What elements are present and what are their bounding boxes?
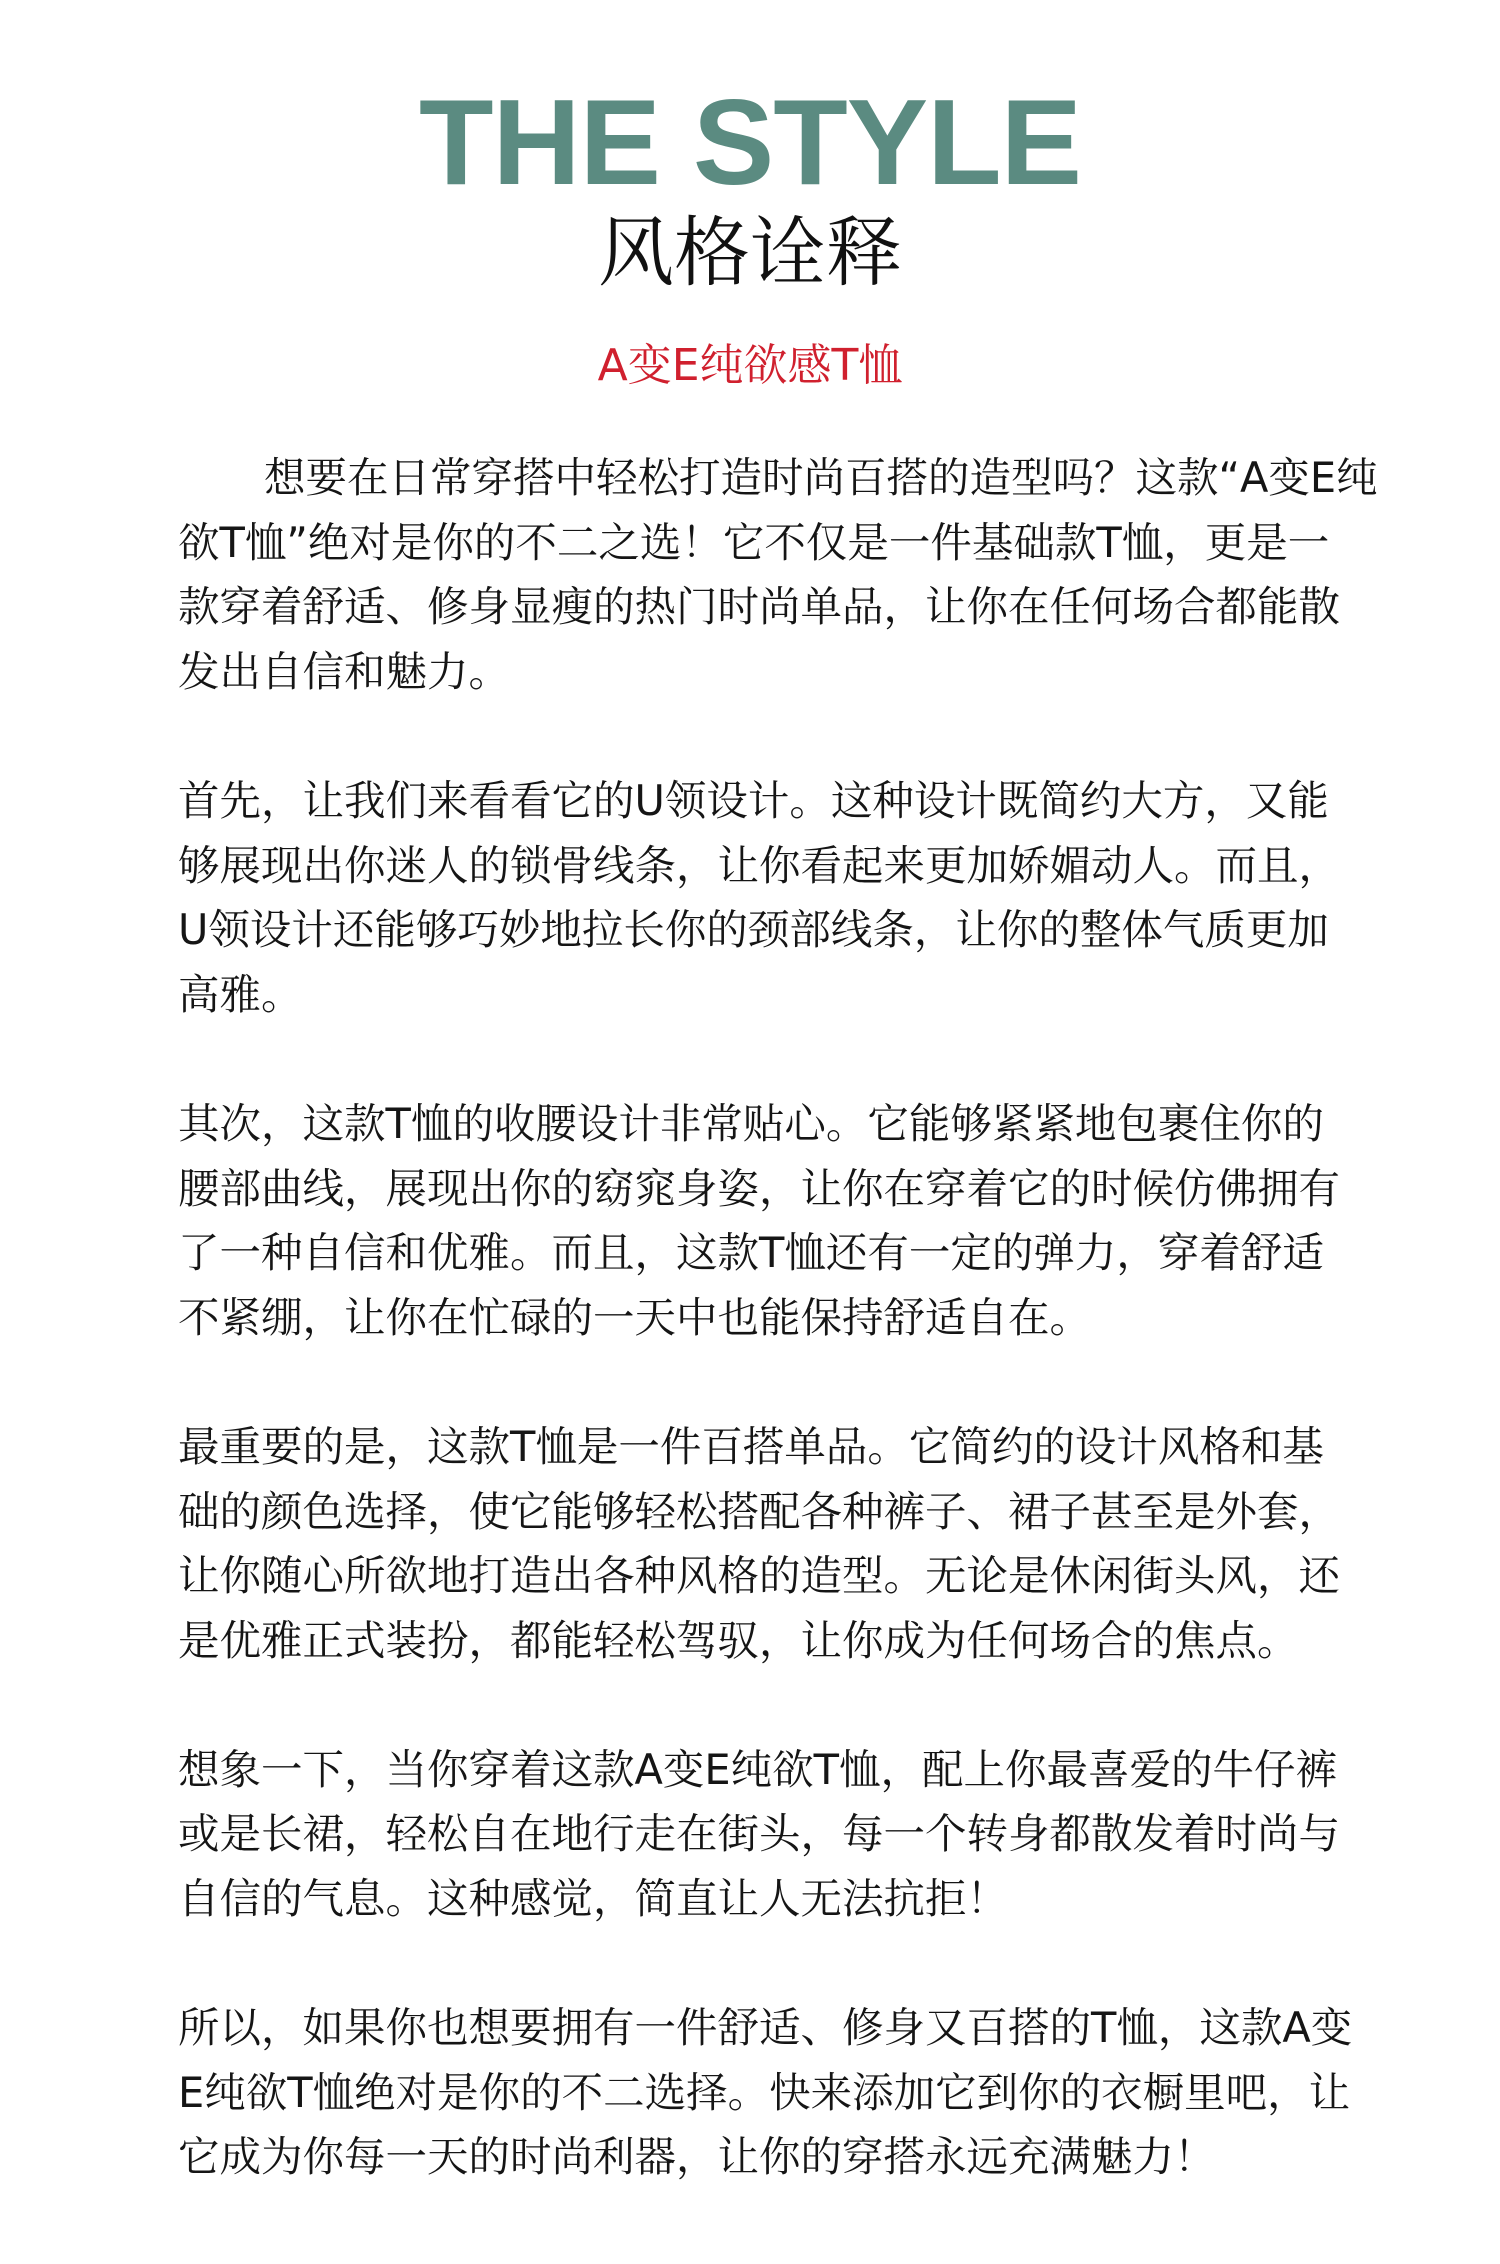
text-line: 了一种自信和优雅。而且，这款T恤还有一定的弹力，穿着舒适 (178, 1221, 1438, 1286)
paragraph-imagine: 想象一下，当你穿着这款A变E纯欲T恤，配上你最喜爱的牛仔裤 或是长裙，轻松自在地… (178, 1738, 1438, 1932)
text-line: 是优雅正式装扮，都能轻松驾驭，让你成为任何场合的焦点。 (178, 1609, 1438, 1674)
paragraph-waist: 其次，这款T恤的收腰设计非常贴心。它能够紧紧地包裹住你的 腰部曲线，展现出你的窈… (178, 1092, 1438, 1350)
text-line: 想象一下，当你穿着这款A变E纯欲T恤，配上你最喜爱的牛仔裤 (178, 1738, 1438, 1803)
text-line: 所以，如果你也想要拥有一件舒适、修身又百搭的T恤，这款A变 (178, 1996, 1438, 2061)
text-line: 发出自信和魅力。 (178, 640, 1438, 705)
title-english: THE STYLE (0, 78, 1500, 206)
text-line: 础的颜色选择，使它能够轻松搭配各种裤子、裙子甚至是外套， (178, 1480, 1438, 1545)
text-line: E纯欲T恤绝对是你的不二选择。快来添加它到你的衣橱里吧，让 (178, 2061, 1438, 2126)
text-line: 其次，这款T恤的收腰设计非常贴心。它能够紧紧地包裹住你的 (178, 1092, 1438, 1157)
text-line: 想要在日常穿搭中轻松打造时尚百搭的造型吗？这款“A变E纯 (178, 446, 1438, 511)
text-line: 它成为你每一天的时尚利器，让你的穿搭永远充满魅力！ (178, 2125, 1438, 2190)
text-line: 够展现出你迷人的锁骨线条，让你看起来更加娇媚动人。而且， (178, 834, 1438, 899)
paragraph-conclusion: 所以，如果你也想要拥有一件舒适、修身又百搭的T恤，这款A变 E纯欲T恤绝对是你的… (178, 1996, 1438, 2190)
text-line: 自信的气息。这种感觉，简直让人无法抗拒！ (178, 1867, 1438, 1932)
product-subtitle: A变E纯欲感T恤 (0, 338, 1500, 394)
text-line: 不紧绷，让你在忙碌的一天中也能保持舒适自在。 (178, 1286, 1438, 1351)
paragraph-u-neck: 首先，让我们来看看它的U领设计。这种设计既简约大方，又能 够展现出你迷人的锁骨线… (178, 769, 1438, 1027)
text-line: 腰部曲线，展现出你的窈窕身姿，让你在穿着它的时候仿佛拥有 (178, 1157, 1438, 1222)
text-line: 首先，让我们来看看它的U领设计。这种设计既简约大方，又能 (178, 769, 1438, 834)
title-chinese: 风格诠释 (0, 205, 1500, 301)
text-line: 让你随心所欲地打造出各种风格的造型。无论是休闲街头风，还 (178, 1544, 1438, 1609)
text-line: 款穿着舒适、修身显瘦的热门时尚单品，让你在任何场合都能散 (178, 575, 1438, 640)
text-line: U领设计还能够巧妙地拉长你的颈部线条，让你的整体气质更加 (178, 898, 1438, 963)
text-line: 高雅。 (178, 963, 1438, 1028)
text-line: 或是长裙，轻松自在地行走在街头，每一个转身都散发着时尚与 (178, 1802, 1438, 1867)
paragraph-versatile: 最重要的是，这款T恤是一件百搭单品。它简约的设计风格和基 础的颜色选择，使它能够… (178, 1415, 1438, 1673)
paragraph-intro: 想要在日常穿搭中轻松打造时尚百搭的造型吗？这款“A变E纯 欲T恤”绝对是你的不二… (178, 446, 1438, 704)
text-line: 欲T恤”绝对是你的不二之选！它不仅是一件基础款T恤，更是一 (178, 511, 1438, 576)
text-line: 最重要的是，这款T恤是一件百搭单品。它简约的设计风格和基 (178, 1415, 1438, 1480)
article-body: 想要在日常穿搭中轻松打造时尚百搭的造型吗？这款“A变E纯 欲T恤”绝对是你的不二… (178, 446, 1438, 2255)
